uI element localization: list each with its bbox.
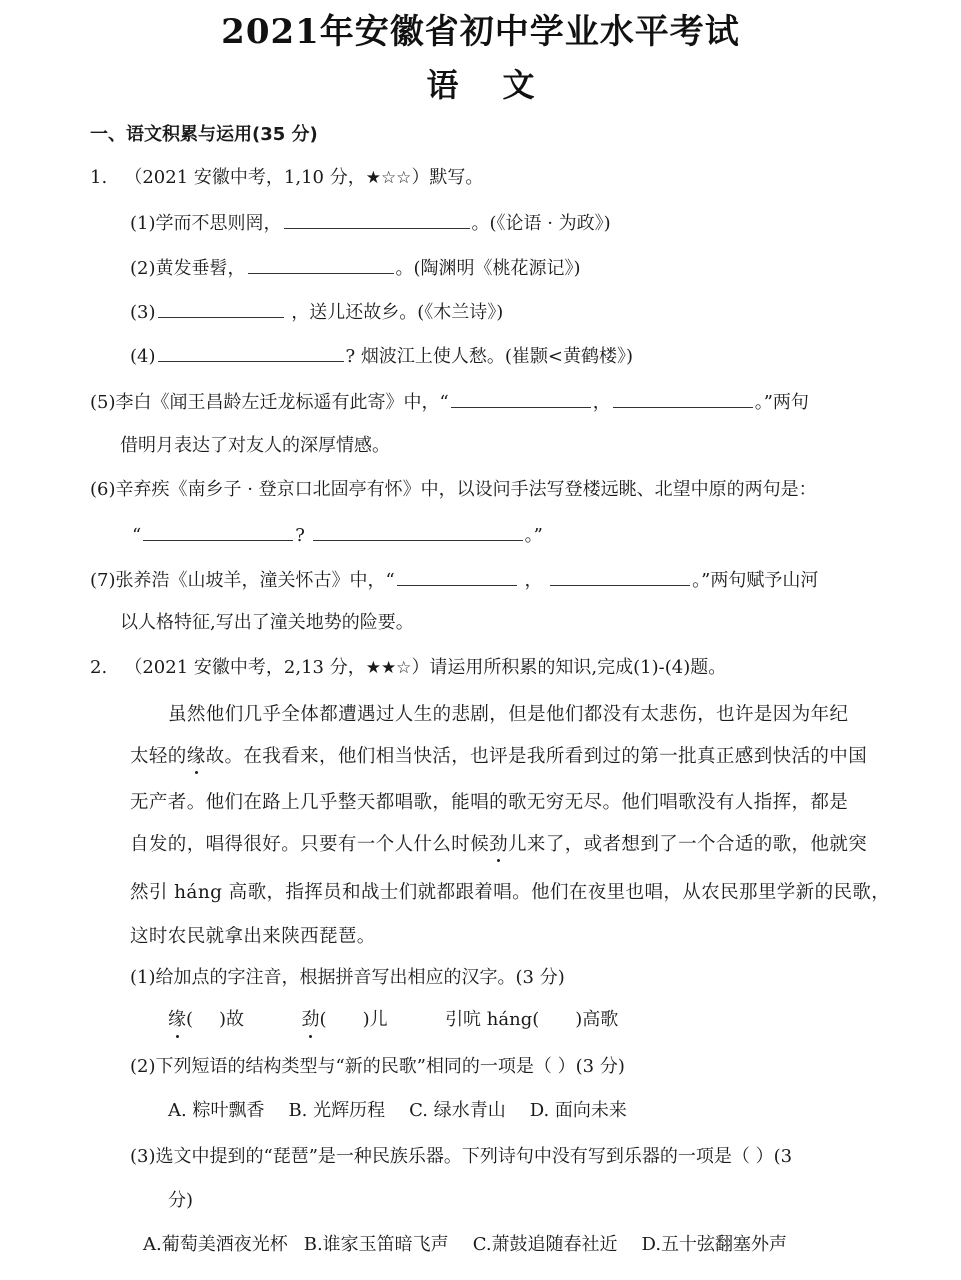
passage-line: 无产者。他们在路上几乎整天都唱歌，能唱的歌无穷无尽。他们唱歌没有人指挥，都是 [130, 788, 848, 814]
item-text: (7)张养浩《山坡羊，潼关怀古》中，“ [90, 570, 395, 591]
passage-line: 自发的，唱得很好。只要有一个人什么时候劲儿来了，或者想到了一个合适的歌，他就突 [130, 830, 867, 856]
option-a[interactable]: A.葡萄美酒夜光杯 [143, 1234, 288, 1255]
item-text: 。”两句 [755, 392, 809, 413]
q2-sub1-prompt: (1)给加点的字注音，根据拼音写出相应的汉字。(3 分) [130, 966, 565, 990]
item-text: ( [320, 1009, 327, 1030]
option-b[interactable]: B. 光辉历程 [288, 1100, 385, 1121]
question-number: 1. [90, 167, 107, 188]
q1-item-3: (3) ，送儿还故乡。(《木兰诗》) [130, 299, 503, 325]
option-c[interactable]: C. 绿水青山 [409, 1100, 506, 1121]
item-text: “ [132, 525, 141, 546]
question-task: ）请运用所积累的知识,完成(1)-(4)题。 [411, 657, 726, 678]
q2-sub1-items: 缘()故 劲()儿 引吭 háng()高歌 [168, 1008, 618, 1032]
q2-sub3-prompt: (3)选文中提到的“琵琶”是一种民族乐器。下列诗句中没有写到乐器的一项是（ ）(… [130, 1145, 792, 1169]
q1-item-7: (7)张养浩《山坡羊，潼关怀古》中，“ ， 。”两句赋予山河 [90, 567, 818, 593]
passage-text: 儿来了，或者想到了一个合适的歌，他就突 [508, 834, 867, 855]
answer-blank[interactable] [550, 567, 690, 586]
passage-text: 太轻的 [130, 746, 187, 767]
item-text: ( [186, 1009, 193, 1030]
item-text: 引吭 háng( [445, 1009, 539, 1030]
item-text: ? [295, 525, 305, 546]
section-heading: 一、语文积累与运用(35 分) [90, 120, 318, 146]
q1-item-1: (1)学而不思则罔，。(《论语 · 为政》) [130, 210, 611, 236]
item-text: )故 [219, 1009, 244, 1030]
item-text: ， [593, 392, 611, 413]
question-source: （2021 安徽中考，1,10 分， [124, 167, 365, 188]
passage-line: 虽然他们几乎全体都遭遇过人生的悲剧，但是他们都没有太悲伤，也许是因为年纪 [168, 700, 848, 726]
answer-blank[interactable] [158, 299, 284, 318]
answer-blank[interactable] [451, 389, 591, 408]
passage-text: 自发的，唱得很好。只要有一个人什么时候 [130, 834, 489, 855]
q1-item-2: (2)黄发垂髫，。(陶渊明《桃花源记》) [130, 255, 581, 281]
q1-item-7-cont: 以人格特征,写出了潼关地势的险要。 [120, 611, 414, 635]
q2-sub2-options: A. 粽叶飘香B. 光辉历程C. 绿水青山D. 面向未来 [168, 1099, 627, 1123]
q1-item-5: (5)李白《闻王昌龄左迁龙标遥有此寄》中，“，。”两句 [90, 389, 809, 415]
item-text: (2)黄发垂髫， [130, 258, 246, 279]
q1-item-6-answer: “? 。” [132, 522, 543, 548]
difficulty-stars-icon: ★★☆ [366, 658, 412, 678]
subject-char: 文 [503, 60, 535, 106]
answer-blank[interactable] [397, 567, 517, 586]
item-text: ，送儿还故乡。(《木兰诗》) [291, 302, 503, 323]
question-source: （2021 安徽中考，2,13 分， [124, 657, 365, 678]
item-text: ， [524, 570, 542, 591]
item-text: (5)李白《闻王昌龄左迁龙标遥有此寄》中，“ [90, 392, 449, 413]
q2-sub3-options: A.葡萄美酒夜光杯B.谁家玉笛暗飞声C.萧鼓追随春社近D.五十弦翻塞外声 [143, 1233, 787, 1257]
option-c[interactable]: C.萧鼓追随春社近 [473, 1234, 618, 1255]
dotted-char: 劲 [302, 1008, 320, 1032]
item-text: (1)学而不思则罔， [130, 213, 282, 234]
exam-title: 2021年安徽省初中学业水平考试 [0, 4, 961, 53]
q1-item-4: (4)? 烟波江上使人愁。(崔颢<黄鹤楼》) [130, 343, 633, 369]
answer-blank[interactable] [613, 389, 753, 408]
answer-blank[interactable] [248, 255, 394, 274]
item-text: (4) [130, 346, 156, 367]
question-number: 2. [90, 657, 107, 678]
item-text: )高歌 [575, 1009, 618, 1030]
q2-sub2-prompt: (2)下列短语的结构类型与“新的民歌”相同的一项是（ ）(3 分) [130, 1055, 625, 1079]
q2-sub3-prompt-cont: 分) [168, 1189, 193, 1213]
item-text: ? 烟波江上使人愁。(崔颢<黄鹤楼》) [346, 346, 634, 367]
answer-blank[interactable] [158, 343, 344, 362]
item-text: (3) [130, 302, 156, 323]
passage-line: 这时农民就拿出来陕西琵琶。 [130, 922, 376, 948]
option-b[interactable]: B.谁家玉笛暗飞声 [304, 1234, 449, 1255]
item-text: 。” [525, 525, 543, 546]
question-1-header: 1. （2021 安徽中考，1,10 分，★☆☆）默写。 [90, 166, 483, 190]
passage-line: 太轻的缘故。在我看来，他们相当快活，也评是我所看到过的第一批真正感到快活的中国 [130, 742, 867, 768]
q1-item-6: (6)辛弃疾《南乡子 · 登京口北固亭有怀》中，以设问手法写登楼远眺、北望中原的… [90, 478, 817, 502]
item-text: )儿 [363, 1009, 388, 1030]
subject-title: 语文 [0, 60, 961, 106]
answer-blank[interactable] [143, 522, 293, 541]
dotted-char: 劲 [489, 830, 508, 856]
option-d[interactable]: D.五十弦翻塞外声 [642, 1234, 788, 1255]
passage-text: 故。在我看来，他们相当快活，也评是我所看到过的第一批真正感到快活的中国 [206, 746, 868, 767]
item-text: 。(陶渊明《桃花源记》) [396, 258, 581, 279]
option-a[interactable]: A. 粽叶飘香 [168, 1100, 264, 1121]
item-text: 。”两句赋予山河 [692, 570, 818, 591]
dotted-char: 缘 [168, 1008, 186, 1032]
dotted-char: 缘 [187, 742, 206, 768]
item-text: 。(《论语 · 为政》) [472, 213, 611, 234]
answer-blank[interactable] [284, 210, 470, 229]
option-d[interactable]: D. 面向未来 [530, 1100, 627, 1121]
passage-line: 然引 háng 高歌，指挥员和战士们就都跟着唱。他们在夜里也唱，从农民那里学新的… [130, 878, 890, 904]
question-task: ）默写。 [411, 167, 483, 188]
difficulty-stars-icon: ★☆☆ [366, 168, 412, 188]
q1-item-5-cont: 借明月表达了对友人的深厚情感。 [120, 434, 390, 458]
answer-blank[interactable] [313, 522, 523, 541]
subject-char: 语 [426, 60, 458, 106]
question-2-header: 2. （2021 安徽中考，2,13 分，★★☆）请运用所积累的知识,完成(1)… [90, 656, 726, 680]
